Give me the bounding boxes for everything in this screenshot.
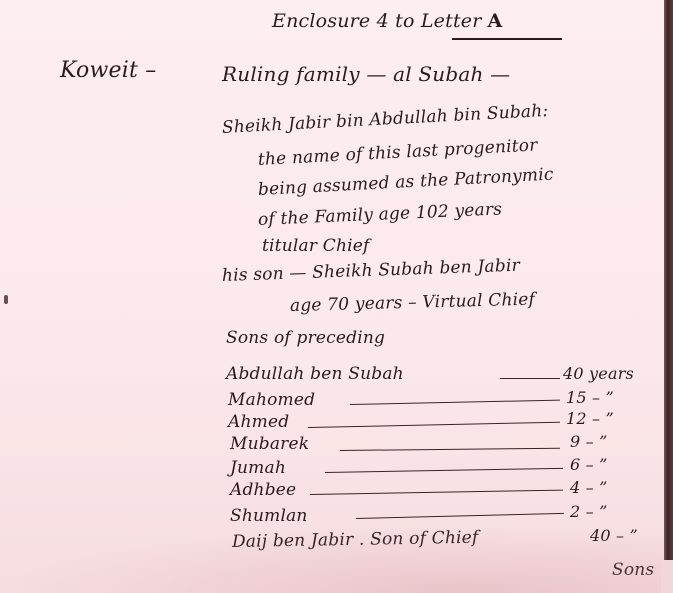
heading-underline (452, 38, 562, 40)
paragraph-line-7: age 70 years – Virtual Chief (290, 290, 536, 316)
edge-fade (661, 560, 673, 593)
paragraph-line-6: his son — Sheikh Subah ben Jabir (222, 256, 521, 286)
manuscript-page: Enclosure 4 to LetterA Koweit – Ruling f… (0, 0, 664, 593)
son-age: 12 – ” (566, 409, 614, 428)
son-age: 6 – ” (570, 455, 608, 474)
paragraph-line-5: titular Chief (262, 236, 370, 256)
heading-letter: A (488, 10, 503, 32)
paragraph-line-2: the name of this last progenitor (257, 135, 538, 170)
paragraph-line-4: of the Family age 102 years (258, 199, 503, 230)
leader-line (500, 378, 560, 379)
leader-line (340, 448, 560, 452)
leader-line (310, 490, 563, 496)
catchword: Sons (612, 560, 654, 580)
son-age: 40 years (563, 364, 634, 383)
son-age: 9 – ” (570, 432, 608, 451)
son-name: Daij ben Jabir . Son of Chief (232, 528, 479, 552)
place-name: Koweit – (60, 58, 156, 83)
paragraph-line-1: Sheikh Jabir bin Abdullah bin Subah: (221, 101, 548, 138)
son-name: Ahmed (228, 412, 289, 432)
son-name: Jumah (230, 458, 286, 478)
paragraph-line-3: being assumed as the Patronymic (257, 165, 554, 200)
sons-heading: Sons of preceding (226, 328, 385, 348)
heading-text: Enclosure 4 to Letter (272, 10, 482, 32)
son-name: Abdullah ben Subah (226, 364, 404, 384)
ruling-family-line: Ruling family — al Subah — (222, 62, 510, 86)
leader-line (350, 400, 560, 406)
binding-edge (664, 0, 673, 593)
son-name: Mahomed (228, 390, 315, 410)
son-age: 2 – ” (570, 502, 608, 521)
document-heading: Enclosure 4 to LetterA (272, 10, 502, 32)
son-age: 40 – ” (590, 526, 638, 545)
son-age: 15 – ” (566, 388, 614, 407)
leader-line (308, 422, 560, 429)
son-name: Adhbee (230, 480, 296, 500)
leader-line (356, 513, 564, 519)
son-name: Shumlan (230, 506, 308, 526)
son-name: Mubarek (230, 434, 309, 454)
son-age: 4 – ” (570, 478, 608, 497)
leader-line (325, 468, 563, 473)
ink-smudge (4, 295, 8, 304)
